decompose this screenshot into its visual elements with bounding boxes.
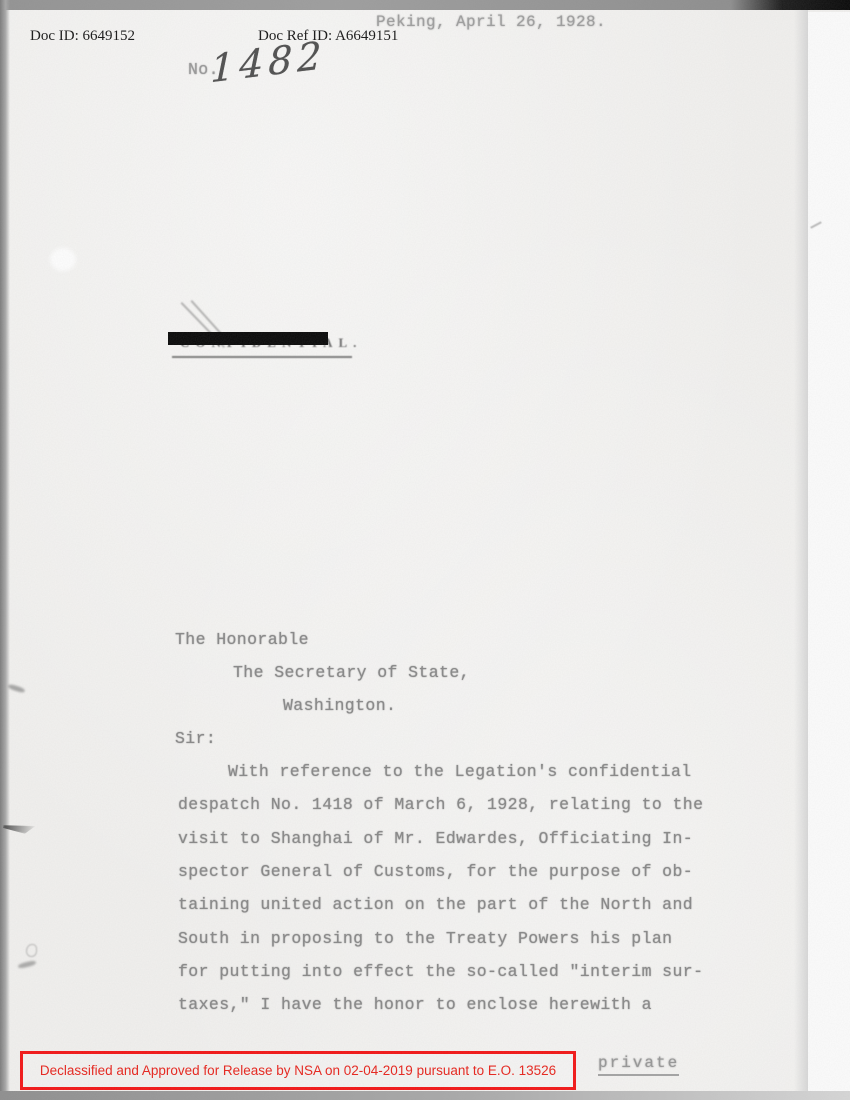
body-line: spector General of Customs, for the purp… <box>178 862 693 881</box>
left-scan-edge <box>0 0 10 1100</box>
doc-id-label: Doc ID: 6649152 <box>30 28 135 45</box>
stamp-underline <box>172 356 352 358</box>
address-line: The Honorable <box>175 630 309 649</box>
body-line: South in proposing to the Treaty Powers … <box>178 929 672 948</box>
scanned-document-page: Doc ID: 6649152 Doc Ref ID: A6649151 Pek… <box>0 0 850 1100</box>
pencil-curl-mark <box>26 944 37 957</box>
declassification-notice: Declassified and Approved for Release by… <box>40 1063 556 1078</box>
body-line: taxes," I have the honor to enclose here… <box>178 995 652 1014</box>
right-scan-margin <box>808 12 850 1100</box>
top-scan-edge <box>0 0 850 10</box>
body-line: visit to Shanghai of Mr. Edwardes, Offic… <box>178 829 693 848</box>
salutation: Sir: <box>175 729 216 748</box>
dateline: Peking, April 26, 1928. <box>376 13 606 31</box>
body-line: taining united action on the part of the… <box>178 895 693 914</box>
classification-stamp-group: CONFIDENTIAL. <box>160 290 390 370</box>
paper-flaw-spot <box>50 248 76 271</box>
body-line: for putting into effect the so-called "i… <box>178 962 703 981</box>
body-line: despatch No. 1418 of March 6, 1928, rela… <box>178 795 703 814</box>
address-line: Washington. <box>283 696 396 715</box>
pencil-margin-mark <box>8 683 26 693</box>
private-annotation: private <box>598 1054 679 1076</box>
body-line: With reference to the Legation's confide… <box>228 762 692 781</box>
declassification-box: Declassified and Approved for Release by… <box>20 1051 576 1090</box>
paper-right-edge-shade <box>794 10 808 1100</box>
address-line: The Secretary of State, <box>233 663 470 682</box>
bottom-scan-edge <box>0 1091 850 1100</box>
redaction-bar <box>168 332 328 345</box>
pencil-smudge-mark <box>18 960 37 969</box>
despatch-number-handwritten: 1482 <box>210 33 327 92</box>
